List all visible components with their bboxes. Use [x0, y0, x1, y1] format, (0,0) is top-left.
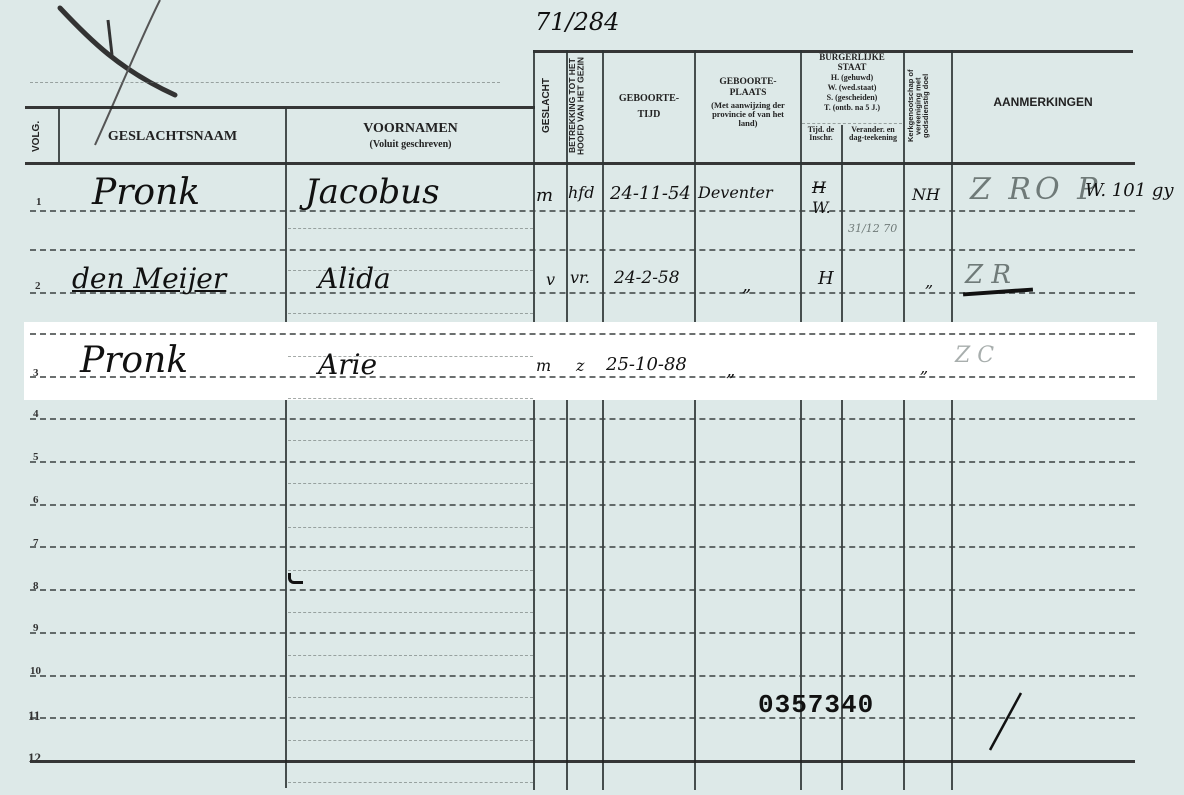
header-geboorteplaats-2: PLAATS: [696, 89, 800, 99]
row-number-5: 5: [33, 451, 39, 463]
row-line-7: [30, 546, 1135, 548]
header-bs-h: H. (gehuwd): [802, 74, 902, 82]
entry-3-surname: Pronk: [80, 340, 188, 381]
entry-2-remarks-pencil: Z R: [965, 260, 1011, 290]
row-number-3: 3: [33, 367, 39, 379]
document-stamp-number: 0357340: [758, 690, 874, 720]
column-divider-betrekking: [602, 50, 604, 790]
entry-2-sex: v: [546, 270, 555, 289]
row-number-6: 6: [33, 494, 39, 506]
column-divider-geboorteplaats: [800, 50, 802, 790]
row-subline-2b: [288, 313, 533, 314]
row-number-8: 8: [33, 580, 39, 592]
bracket-mark: [288, 573, 303, 584]
row-number-10: 10: [30, 665, 41, 677]
header-burgerlijke-staat-2: STAAT: [802, 63, 902, 72]
entry-1-sex: m: [536, 185, 553, 206]
entry-2-civil-status: H: [818, 268, 834, 289]
entry-2-surname: den Meijer: [72, 262, 226, 295]
entry-1-remarks-ink: W. 101 gy: [1085, 180, 1174, 201]
entry-2-relation: vr.: [570, 268, 590, 287]
header-betrekking: BETREKKING TOT HET HOOFD VAN HET GEZIN: [568, 55, 602, 157]
header-volg: VOLG.: [32, 112, 42, 160]
entry-1-civil-status: H: [812, 178, 826, 197]
entry-1-religion: NH: [912, 185, 940, 204]
header-geboorteplaats-1: GEBOORTE-: [696, 78, 800, 88]
column-divider-burgerlijke-staat: [903, 50, 905, 790]
entry-3-firstname: Arie: [318, 348, 377, 381]
entry-3-sex: m: [536, 356, 551, 375]
row-line-8: [30, 589, 1135, 591]
entry-1-civil-status-change: W.: [812, 198, 831, 217]
entry-1-remarks-pencil: Z RO P: [970, 172, 1101, 207]
row-subline-4: [288, 440, 533, 441]
row-number-1: 1: [36, 196, 42, 208]
row-subline-5: [288, 483, 533, 484]
row-line-11: [30, 717, 1135, 719]
entry-1-surname: Pronk: [92, 172, 200, 213]
header-geboortetijd-1: GEBOORTE-: [604, 94, 694, 105]
entry-3-religion: „: [920, 358, 928, 377]
row-number-7: 7: [33, 537, 39, 549]
row-line-5: [30, 461, 1135, 463]
bs-subdivider: [802, 123, 902, 124]
entry-1-birthplace: Deventer: [698, 183, 773, 202]
slash-mark-icon: [985, 690, 1025, 755]
entry-1-firstname: Jacobus: [305, 172, 440, 212]
entry-3-birthdate: 25-10-88: [606, 354, 687, 375]
row-number-2: 2: [35, 280, 41, 292]
row-subline-11: [288, 740, 533, 741]
row-number-11: 11: [28, 708, 40, 724]
entry-1-relation: hfd: [568, 183, 594, 202]
header-geboorteplaats-sub: (Met aanwijzing der provincie of van het…: [702, 101, 794, 128]
header-upper-border: [25, 106, 535, 109]
column-divider-kerkgenootschap: [951, 50, 953, 790]
row-subline-1a: [288, 228, 533, 229]
header-bottom-border: [25, 162, 1135, 165]
row-subline-12: [288, 782, 533, 783]
header-geslacht: GESLACHT: [542, 55, 552, 157]
header-geboortetijd-2: TIJD: [604, 110, 694, 121]
row-subline-7: [288, 570, 533, 571]
header-bs-tijd: Tijd. de Inschr.: [802, 126, 840, 143]
header-voornamen-sub: (Voluit geschreven): [288, 140, 533, 151]
column-divider-geboortetijd: [694, 50, 696, 790]
entry-2-firstname: Alida: [318, 262, 391, 295]
column-divider-voornamen: [533, 50, 535, 790]
row-number-9: 9: [33, 622, 39, 634]
header-bs-w: W. (wed.staat): [802, 84, 902, 92]
row-number-12: 12: [28, 750, 41, 766]
entry-1-change-date: 31/12 70: [848, 222, 897, 235]
row-line-2c: [30, 333, 1135, 335]
header-bs-s: S. (gescheiden): [802, 94, 902, 102]
row-line-9: [30, 632, 1135, 634]
row-number-4: 4: [33, 408, 39, 420]
header-bs-verander: Verander. en dag-teekening: [843, 126, 903, 143]
row-line-4: [30, 418, 1135, 420]
entry-3-remarks-pencil: Z C: [955, 343, 994, 368]
entry-2-birthdate: 24-2-58: [614, 268, 680, 288]
row-subline-9: [288, 655, 533, 656]
row-subline-3b: [288, 398, 533, 399]
row-line-3: [30, 376, 1135, 378]
entry-2-religion: „: [925, 272, 933, 291]
column-divider-geslacht: [566, 50, 568, 790]
entry-3-relation: z: [576, 356, 584, 375]
header-kerkgenootschap: Kerkgenootschap of vereeniging met godsd…: [907, 53, 949, 159]
entry-1-birthdate: 24-11-54: [610, 183, 691, 204]
row-subline-8: [288, 612, 533, 613]
header-voornamen: VOORNAMEN: [288, 122, 533, 137]
header-title-line: [30, 82, 500, 83]
row-line-6: [30, 504, 1135, 506]
cross-mark-icon: [50, 0, 190, 150]
entry-3-birthplace: „: [726, 360, 735, 381]
entry-2-birthplace: „: [742, 275, 751, 296]
row-subline-10: [288, 697, 533, 698]
reference-number: 71/284: [535, 8, 619, 36]
row-subline-6: [288, 527, 533, 528]
header-aanmerkingen: AANMERKINGEN: [951, 96, 1135, 109]
header-bs-t: T. (ontb. na 5 J.): [802, 104, 902, 112]
row-line-10: [30, 675, 1135, 677]
header-geslachtsnaam: GESLACHTSNAAM: [60, 130, 285, 145]
row-line-12: [30, 760, 1135, 763]
row-line-1b: [30, 249, 1135, 251]
